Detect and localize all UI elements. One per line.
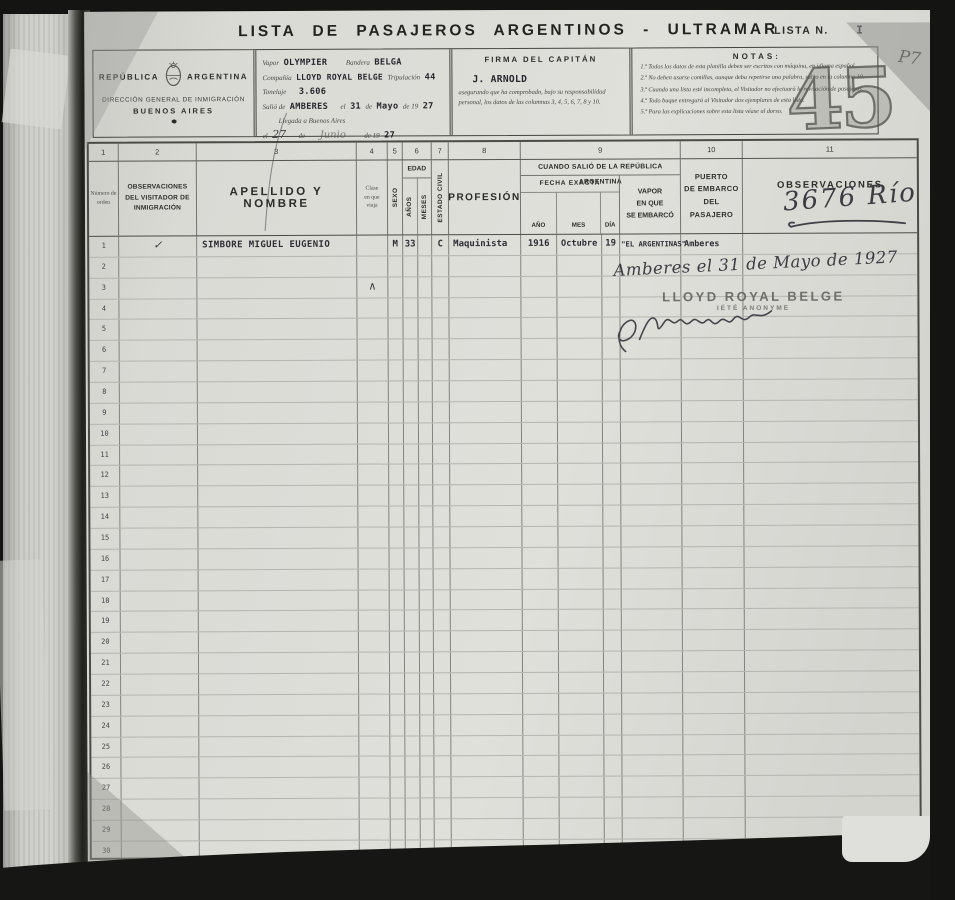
cell-mes [559, 610, 604, 630]
cell-sexo [391, 820, 406, 840]
cell-ano [522, 527, 558, 547]
de19-label: de 19 [403, 102, 418, 110]
header-puerto-4: PASAJERO [690, 209, 733, 222]
cell-profesion [452, 819, 524, 839]
cell-ano [523, 673, 559, 693]
cell-estado [435, 840, 452, 860]
cell-puerto [682, 505, 744, 525]
cell-dia [604, 589, 622, 609]
cell-vapor [622, 756, 683, 776]
cell-obs [745, 671, 919, 692]
cell-sexo [390, 653, 405, 673]
cell-estado [433, 527, 450, 547]
cell-check [119, 257, 197, 277]
header-dia: DÍA [601, 193, 619, 234]
header-profesion: PROFESIÓN [448, 191, 520, 202]
scan-right-edge [930, 0, 955, 900]
header-vapor-3: SE EMBARCÓ [626, 210, 674, 222]
cell-vapor [621, 443, 682, 463]
cell-estado [435, 819, 452, 839]
header-numero-orden: Número de orden [89, 190, 118, 208]
cell-anos [406, 799, 421, 819]
cell-puerto [682, 422, 744, 442]
col-number: 7 [432, 142, 449, 159]
cell-mes [558, 485, 603, 505]
cell-num: 9 [90, 404, 120, 424]
cell-sexo [390, 715, 405, 735]
cell-name [198, 507, 358, 528]
cell-name [198, 403, 358, 424]
cell-anos [404, 486, 419, 506]
cell-obs [744, 358, 918, 379]
cell-dia [604, 777, 622, 797]
cell-mes [558, 401, 603, 421]
cell-check [120, 403, 198, 423]
cell-estado [434, 694, 451, 714]
cell-num: 17 [91, 570, 121, 590]
cell-num: 7 [90, 362, 120, 382]
cell-profesion [451, 777, 523, 797]
cell-vapor [621, 359, 682, 379]
cell-mes [558, 506, 603, 526]
cell-meses [420, 653, 434, 673]
cell-num: 24 [91, 716, 121, 736]
cell-mes [558, 422, 603, 442]
cell-anos [405, 757, 420, 777]
cell-ano [522, 485, 558, 505]
header-obs-visitador-3: INMIGRACIÓN [134, 204, 181, 215]
cell-name [198, 423, 358, 444]
cell-num: 21 [91, 654, 121, 674]
cell-check [120, 466, 198, 486]
cell-ano [524, 798, 560, 818]
cell-puerto [684, 797, 746, 817]
cell-meses [419, 381, 433, 401]
tripulacion-label: Tripulación [387, 73, 420, 81]
cell-mes [558, 381, 603, 401]
cell-ano [523, 756, 559, 776]
handwritten-underline [785, 216, 911, 231]
cell-sexo [390, 632, 405, 652]
cell-profesion [450, 485, 522, 505]
cell-obs [745, 588, 919, 609]
cell-profesion [451, 631, 523, 651]
cell-num: 22 [91, 675, 121, 695]
agency-word-argentina: ARGENTINA [187, 72, 248, 81]
cell-puerto [683, 735, 745, 755]
cell-puerto [682, 526, 744, 546]
col-number: 1 [89, 144, 119, 161]
cell-name [199, 695, 359, 716]
cell-check [121, 654, 199, 674]
cell-ano [523, 715, 559, 735]
cell-meses [419, 340, 433, 360]
agency-direccion: DIRECCIÓN GENERAL DE INMIGRACIÓN [94, 96, 254, 104]
cell-obs [744, 484, 918, 505]
cell-vapor [622, 610, 683, 630]
cell-meses [419, 527, 433, 547]
cell-anos [404, 444, 419, 464]
cell-ano [521, 297, 557, 317]
cell-estado [435, 798, 452, 818]
cell-mes [559, 756, 604, 776]
cell-num: 2 [89, 258, 119, 278]
cell-ano [522, 443, 558, 463]
cell-sexo [389, 465, 404, 485]
cell-dia: 19 [602, 235, 620, 255]
cell-name [199, 778, 359, 799]
cell-estado [432, 256, 449, 276]
cell-sexo [389, 527, 404, 547]
cell-estado [433, 486, 450, 506]
header-meses: MESES [421, 194, 428, 219]
cell-name [200, 841, 360, 860]
cell-mes [559, 777, 604, 797]
cell-estado [433, 465, 450, 485]
cell-obs [745, 630, 919, 651]
cell-puerto [683, 755, 745, 775]
cell-dia [604, 631, 622, 651]
cell-sexo [388, 319, 403, 339]
cell-clase [358, 507, 389, 527]
header-obs-visitador-1: OBSERVACIONES [127, 183, 187, 194]
cell-ano [524, 819, 560, 839]
cell-check [120, 487, 198, 507]
cell-vapor [622, 568, 683, 588]
cell-mes [558, 527, 603, 547]
cell-name [198, 444, 358, 465]
cell-check [121, 591, 199, 611]
cell-name [199, 715, 359, 736]
cell-name [199, 632, 359, 653]
cell-num: 4 [89, 299, 119, 319]
salio-mes: Mayo [377, 101, 399, 111]
cell-clase [360, 840, 391, 859]
cell-dia [604, 673, 622, 693]
cell-sexo [389, 361, 404, 381]
cell-profesion [451, 569, 523, 589]
cell-obs [744, 442, 918, 463]
cell-name [199, 674, 359, 695]
cell-check [119, 278, 197, 298]
cell-clase [358, 486, 389, 506]
cell-name [200, 820, 360, 841]
cell-meses [419, 465, 433, 485]
cell-meses [420, 673, 434, 693]
vapor-value: OLYMPIER [284, 58, 328, 68]
cell-vapor [622, 714, 683, 734]
cell-mes [557, 255, 602, 275]
cell-check [121, 716, 199, 736]
cell-clase [358, 423, 389, 443]
cell-dia [603, 547, 621, 567]
underlying-page-corner [842, 816, 930, 862]
cell-clase: ∧ [357, 277, 388, 297]
cell-clase [359, 590, 390, 610]
cell-mes [559, 589, 604, 609]
header-clase-2: en que [364, 193, 379, 202]
cell-check [120, 445, 198, 465]
cell-mes [560, 840, 605, 860]
cell-name [199, 590, 359, 611]
cell-check [121, 779, 199, 799]
cell-name [199, 757, 359, 778]
cell-profesion [450, 464, 522, 484]
cell-clase [358, 402, 389, 422]
cell-profesion [450, 506, 522, 526]
cell-name [198, 465, 358, 486]
cell-check [121, 633, 199, 653]
cell-profesion [450, 444, 522, 464]
cell-profesion [449, 298, 521, 318]
cell-puerto [683, 672, 745, 692]
cell-dia [603, 381, 621, 401]
captain-title: FIRMA DEL CAPITÁN [458, 55, 623, 65]
cell-num: 15 [90, 529, 120, 549]
cell-anos [405, 632, 420, 652]
cell-check [120, 508, 198, 528]
cell-clase [359, 569, 390, 589]
cell-puerto [682, 401, 744, 421]
cell-anos [404, 527, 419, 547]
cell-check [121, 612, 199, 632]
cell-puerto [682, 484, 744, 504]
header-vapor-2: EN QUE [626, 198, 674, 210]
cell-ano [523, 569, 559, 589]
cell-clase [359, 674, 390, 694]
cell-dia [603, 443, 621, 463]
cell-vapor [621, 401, 682, 421]
cell-meses [420, 736, 434, 756]
cell-num: 19 [91, 612, 121, 632]
cell-anos [403, 319, 418, 339]
salio-dia: 31 [350, 101, 361, 111]
cell-name [199, 569, 359, 590]
cell-anos [405, 673, 420, 693]
cell-num: 5 [89, 320, 119, 340]
header-cuando-salio: CUANDO SALIÓ DE LA REPÚBLICA ARGENTINA [521, 159, 680, 176]
cell-name [199, 611, 359, 632]
cell-check [119, 320, 197, 340]
cell-anos [405, 653, 420, 673]
cell-estado [433, 548, 450, 568]
cell-estado [434, 632, 451, 652]
cell-profesion [449, 318, 521, 338]
cell-name [198, 361, 358, 382]
cell-obs [745, 650, 919, 671]
cell-mes [560, 819, 605, 839]
cell-sexo [390, 569, 405, 589]
cell-check [120, 382, 198, 402]
cell-ano [522, 464, 558, 484]
cell-vapor [623, 839, 684, 859]
cell-obs [745, 776, 919, 797]
cell-dia [603, 401, 621, 421]
cell-num: 8 [90, 383, 120, 403]
cell-profesion [450, 527, 522, 547]
cell-meses [420, 778, 434, 798]
cell-mes [559, 652, 604, 672]
paper-patch-lower [0, 559, 50, 810]
cell-anos [403, 298, 418, 318]
list-number-label: LISTA N. [774, 25, 829, 37]
cell-puerto [683, 714, 745, 734]
cell-num: 18 [91, 591, 121, 611]
cell-mes [559, 673, 604, 693]
cell-sexo [389, 486, 404, 506]
cell-ano [522, 381, 558, 401]
cell-profesion [451, 756, 523, 776]
cell-ano [523, 589, 559, 609]
cell-obs [745, 567, 919, 588]
cell-ano [522, 423, 558, 443]
header-fecha-exacta: FECHA EXACTA [521, 176, 619, 193]
cell-sexo [390, 778, 405, 798]
cell-ano [523, 610, 559, 630]
cell-dia [603, 360, 621, 380]
cell-dia [605, 798, 623, 818]
cell-vapor: "EL ARGENTINAS" [620, 234, 681, 254]
cell-profesion: Maquinista [449, 235, 521, 255]
cell-anos [405, 590, 420, 610]
cell-mes [559, 714, 604, 734]
cell-num: 13 [90, 487, 120, 507]
coat-of-arms-icon [163, 60, 183, 93]
cell-name [198, 382, 358, 403]
cell-anos [405, 694, 420, 714]
cell-ano [523, 631, 559, 651]
cell-ano [524, 840, 560, 860]
header-sexo: SEXO [391, 188, 398, 208]
cell-clase [358, 444, 389, 464]
cell-name [200, 799, 360, 820]
cell-clase [359, 778, 390, 798]
cell-anos [403, 256, 418, 276]
captain-name: J. ARNOLD [472, 74, 527, 85]
cell-ano [522, 402, 558, 422]
cell-puerto [683, 630, 745, 650]
cell-estado [432, 277, 449, 297]
cell-num: 11 [90, 445, 120, 465]
cell-estado [434, 611, 451, 631]
llegada-ano: 27 [384, 130, 395, 140]
cell-meses [418, 277, 432, 297]
cell-check [119, 299, 197, 319]
cell-profesion [451, 610, 523, 630]
paper-patch [2, 49, 71, 130]
cell-estado [434, 736, 451, 756]
cell-estado [433, 423, 450, 443]
cell-obs [744, 463, 918, 484]
cell-puerto [682, 463, 744, 483]
cell-dia [603, 485, 621, 505]
cell-clase [357, 236, 388, 256]
cell-name [199, 653, 359, 674]
col-number: 4 [357, 143, 388, 160]
header-puerto-2: DE EMBARCO [684, 183, 739, 196]
header-edad: EDAD [403, 160, 431, 178]
cell-puerto: Amberes [681, 234, 743, 254]
cell-mes [557, 276, 602, 296]
cell-vapor [622, 735, 683, 755]
col-number: 5 [388, 142, 403, 159]
llegada-mes-handwritten: Junio [320, 129, 346, 140]
cell-estado [433, 340, 450, 360]
cell-vapor [622, 672, 683, 692]
cell-anos [405, 569, 420, 589]
agent-signature [605, 297, 795, 362]
cell-profesion [450, 548, 522, 568]
bandera-label: Bandera [346, 59, 370, 67]
cell-sexo [390, 674, 405, 694]
cell-vapor [622, 693, 683, 713]
cell-name [197, 319, 357, 340]
header-mes: MES [557, 193, 602, 234]
cell-anos [403, 277, 418, 297]
cell-ano [521, 256, 557, 276]
cell-estado [434, 757, 451, 777]
cell-profesion [449, 256, 521, 276]
cell-sexo [391, 799, 406, 819]
cell-meses [420, 715, 434, 735]
cell-estado [433, 444, 450, 464]
cell-obs [744, 421, 918, 442]
cell-obs [745, 755, 919, 776]
cell-dia [604, 652, 622, 672]
cell-obs [746, 796, 920, 817]
cell-ano [523, 735, 559, 755]
cell-dia [604, 735, 622, 755]
cell-clase [358, 548, 389, 568]
cell-name [198, 340, 358, 361]
cell-num: 3 [89, 278, 119, 298]
cell-meses [419, 402, 433, 422]
cell-puerto [683, 776, 745, 796]
cell-meses [418, 319, 432, 339]
cell-sexo [389, 548, 404, 568]
page-number-stamp: 45 [785, 57, 894, 143]
cell-check [120, 549, 198, 569]
cell-sexo [389, 402, 404, 422]
cell-sexo [389, 444, 404, 464]
col-number: 8 [449, 142, 521, 159]
cell-vapor [621, 526, 682, 546]
cell-puerto [684, 818, 746, 838]
cell-meses [419, 444, 433, 464]
cell-estado [434, 590, 451, 610]
cell-sexo [389, 507, 404, 527]
cell-dia [605, 819, 623, 839]
cell-puerto [682, 443, 744, 463]
cell-dia [604, 756, 622, 776]
header-puerto-3: DEL [703, 196, 719, 209]
cell-clase [359, 736, 390, 756]
table-row: 30 [92, 838, 920, 860]
cell-estado [433, 506, 450, 526]
cell-profesion [450, 423, 522, 443]
cell-obs [744, 400, 918, 421]
cell-clase [359, 757, 390, 777]
cell-mes: Octubre [557, 235, 602, 255]
cell-obs [744, 504, 918, 525]
cell-sexo [388, 277, 403, 297]
cell-num: 23 [91, 696, 121, 716]
captain-section: FIRMA DEL CAPITÁN J. ARNOLD asegurando q… [449, 48, 629, 135]
cell-check [121, 674, 199, 694]
pen-flourish [235, 109, 306, 234]
cell-profesion [452, 798, 524, 818]
cell-check [120, 424, 198, 444]
